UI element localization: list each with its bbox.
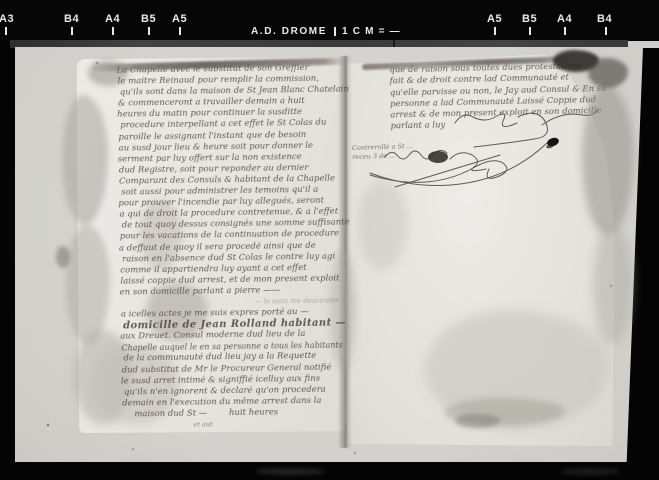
- film-marker-tick: [605, 27, 607, 35]
- film-marker-tick: [148, 27, 150, 35]
- film-marker-label: B4: [64, 13, 79, 25]
- film-smudge: [560, 468, 620, 475]
- film-marker-label: A4: [105, 13, 120, 25]
- archive-title: A.D. DROME: [251, 26, 327, 37]
- film-marker-tick: [71, 27, 73, 35]
- film-marker-label: B5: [522, 13, 537, 25]
- film-marker-tick: [112, 27, 114, 35]
- film-marker-tick: [5, 27, 7, 35]
- frame-strip-highlight: [628, 41, 659, 48]
- film-marker-label: A5: [487, 13, 502, 25]
- film-marker-tick: [564, 27, 566, 35]
- film-frame-strip: [10, 40, 628, 48]
- left-page-text: La Chapelle avec le substitut de son Gre…: [117, 62, 344, 431]
- scale-tick: [334, 27, 336, 36]
- frame-divider-mark: [393, 40, 395, 48]
- film-smudge: [255, 468, 325, 475]
- film-marker-label: B4: [597, 13, 612, 25]
- dust-specks: [0, 0, 2, 2]
- scale-label: 1 C M = —: [342, 26, 401, 37]
- film-marker-tick: [494, 27, 496, 35]
- film-marker-label: A4: [557, 13, 572, 25]
- film-marker-tick: [179, 27, 181, 35]
- film-marker-label: B5: [141, 13, 156, 25]
- film-marker-tick: [529, 27, 531, 35]
- scale-indicator: 1 C M = —: [334, 26, 401, 37]
- film-marker-label: A3: [0, 13, 14, 25]
- film-marker-label: A5: [172, 13, 187, 25]
- film-header: A3 B4 A4 B5 A5 A.D. DROME 1 C M = — A5 B…: [0, 0, 659, 40]
- microfilm-frame: A3 B4 A4 B5 A5 A.D. DROME 1 C M = — A5 B…: [0, 0, 659, 480]
